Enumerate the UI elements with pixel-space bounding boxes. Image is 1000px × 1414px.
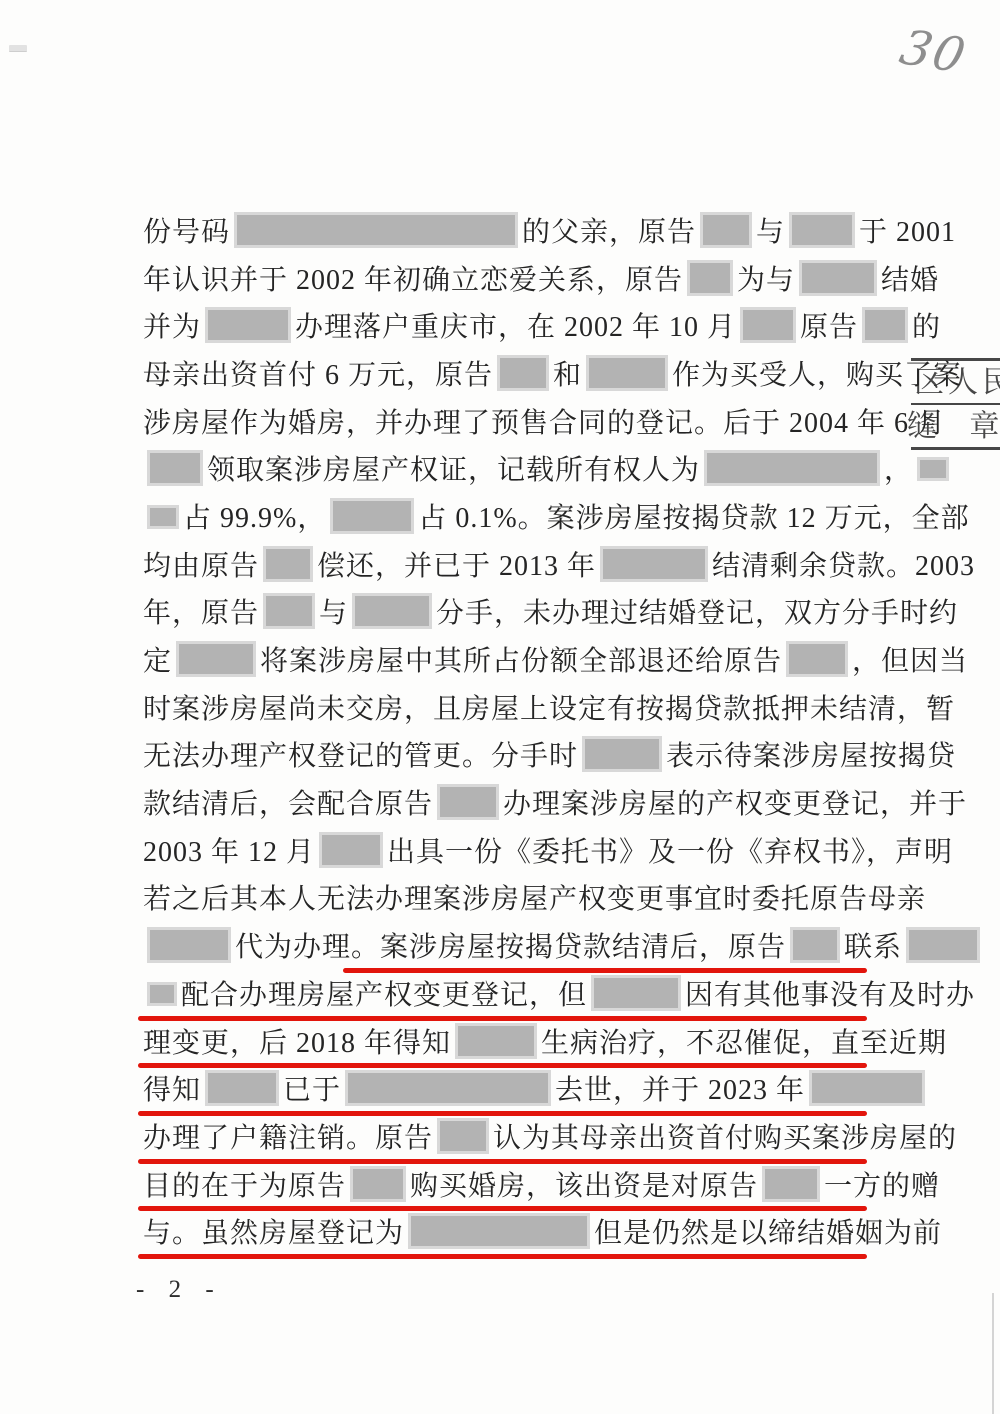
text-segment: 均由原告 (143, 544, 259, 584)
red-underline (138, 1016, 867, 1021)
doc-line: 母亲出资首付 6 万元，原告和作为买受人，购买了案 (143, 349, 883, 397)
redaction-box (147, 927, 231, 963)
doc-line: 定将案涉房屋中其所占份额全部退还给原告，但因当 (143, 635, 883, 683)
text-segment: 占 99.9%， (183, 496, 326, 536)
text-segment: 已于 (283, 1068, 341, 1108)
text-segment: 时案涉房屋尚未交房，且房屋上设定有按揭贷款抵押未结清，暂 (143, 687, 955, 727)
doc-line: 若之后其本人无法办理案涉房屋产权变更事宜时委托原告母亲 (143, 874, 883, 922)
text-segment: 联系 (844, 925, 902, 965)
redaction-box (437, 784, 499, 820)
doc-line: 得知已于去世，并于 2023 年 (143, 1064, 883, 1112)
text-segment: 年，原告 (143, 591, 259, 631)
doc-line: 2003 年 12 月出具一份《委托书》及一份《弃权书》，声明 (143, 826, 883, 874)
redaction-box (704, 450, 880, 486)
doc-line: 占 99.9%，占 0.1%。案涉房屋按揭贷款 12 万元，全部 (143, 492, 883, 540)
text-segment: 2003 年 12 月 (143, 830, 315, 870)
red-underline (138, 1111, 867, 1116)
redaction-box (437, 1118, 489, 1154)
redaction-box (319, 832, 383, 868)
redaction-box (906, 927, 980, 963)
redaction-box (809, 1070, 925, 1106)
text-segment: 原告 (800, 305, 858, 345)
doc-line: 年认识并于 2002 年初确立恋爱关系，原告为与结婚 (143, 254, 883, 302)
text-segment: 办理案涉房屋的产权变更登记，并于 (503, 782, 967, 822)
redaction-box (790, 927, 840, 963)
redaction-box (263, 593, 315, 629)
text-segment: 涉房屋作为婚房，并办理了预售合同的登记。后于 2004 年 6 月 (143, 401, 946, 441)
text-segment: 的 (912, 305, 941, 345)
scan-edge-artifact (992, 1293, 994, 1414)
text-segment: 作为买受人，购买了案 (672, 353, 962, 393)
text-segment: 与。虽然房屋登记为 (143, 1211, 404, 1251)
text-segment: 和 (553, 353, 582, 393)
text-segment: 与 (756, 210, 785, 250)
scanned-court-document-page: 30 区人民 缝 章 份号码的父亲，原告与于 2001年认识并于 2002 年初… (0, 0, 1000, 1414)
text-segment: 份号码 (143, 210, 230, 250)
text-segment: 结清剩余贷款。2003 (712, 544, 975, 584)
doc-line: 配合办理房屋产权变更登记，但因有其他事没有及时办 (143, 969, 883, 1017)
text-segment: 配合办理房屋产权变更登记，但 (181, 973, 587, 1013)
text-segment: 出具一份《委托书》及一份《弃权书》，声明 (387, 830, 953, 870)
text-segment: 表示待案涉房屋按揭贷 (666, 734, 956, 774)
redaction-box (789, 212, 855, 248)
text-segment: 款结清后，会配合原告 (143, 782, 433, 822)
text-segment: 认为其母亲出资首付购买案涉房屋的 (493, 1116, 957, 1156)
text-block: 份号码的父亲，原告与于 2001年认识并于 2002 年初确立恋爱关系，原告为与… (143, 206, 883, 1255)
text-segment: 得知 (143, 1068, 201, 1108)
text-segment: 的父亲，原告 (522, 210, 696, 250)
text-segment: 并为 (143, 305, 201, 345)
text-segment: 领取案涉房屋产权证，记载所有权人为 (207, 448, 700, 488)
doc-line: 时案涉房屋尚未交房，且房屋上设定有按揭贷款抵押未结清，暂 (143, 683, 883, 731)
doc-line: 代为办理。案涉房屋按揭贷款结清后，原告联系 (143, 921, 883, 969)
doc-line: 无法办理产权登记的管更。分手时表示待案涉房屋按揭贷 (143, 731, 883, 779)
doc-line: 并为办理落户重庆市，在 2002 年 10 月原告的 (143, 301, 883, 349)
redaction-box (205, 307, 291, 343)
redaction-box (147, 505, 179, 529)
red-underline (138, 1159, 867, 1164)
text-segment: 母亲出资首付 6 万元，原告 (143, 353, 493, 393)
doc-line: 与。虽然房屋登记为但是仍然是以缔结婚姻为前 (143, 1207, 883, 1255)
text-segment: 一方的赠 (824, 1164, 940, 1204)
redaction-box (176, 641, 256, 677)
text-segment: 无法办理产权登记的管更。分手时 (143, 734, 578, 774)
redaction-box (147, 982, 177, 1006)
red-underline (138, 1063, 867, 1068)
text-segment: 办理了户籍注销。原告 (143, 1116, 433, 1156)
redaction-box (582, 736, 662, 772)
doc-line: 领取案涉房屋产权证，记载所有权人为， (143, 444, 883, 492)
doc-line: 份号码的父亲，原告与于 2001 (143, 206, 883, 254)
text-segment: 目的在于为原告 (143, 1164, 346, 1204)
redaction-box (330, 498, 414, 534)
redaction-box (740, 307, 796, 343)
text-segment: 若之后其本人无法办理案涉房屋产权变更事宜时委托原告母亲 (143, 877, 926, 917)
redaction-box (455, 1023, 537, 1059)
redaction-box (700, 212, 752, 248)
doc-line: 年，原告与分手，未办理过结婚登记，双方分手时约 (143, 588, 883, 636)
text-segment: 与 (319, 591, 348, 631)
text-segment: 分手，未办理过结婚登记，双方分手时约 (436, 591, 958, 631)
redaction-box (147, 450, 203, 486)
text-segment: 因有其他事没有及时办 (685, 973, 975, 1013)
page-number: - 2 - (136, 1276, 223, 1304)
text-segment: 年认识并于 2002 年初确立恋爱关系，原告 (143, 258, 683, 298)
redaction-box (350, 1166, 406, 1202)
doc-line: 办理了户籍注销。原告认为其母亲出资首付购买案涉房屋的 (143, 1112, 883, 1160)
redaction-box (205, 1070, 279, 1106)
doc-line: 均由原告偿还，并已于 2013 年结清剩余贷款。2003 (143, 540, 883, 588)
doc-line: 理变更，后 2018 年得知生病治疗，不忍催促，直至近期 (143, 1017, 883, 1065)
redaction-box (408, 1213, 590, 1249)
red-underline (138, 1206, 867, 1211)
text-segment: 定 (143, 639, 172, 679)
redaction-box (352, 593, 432, 629)
text-segment: 购买婚房，该出资是对原告 (410, 1164, 758, 1204)
redaction-box (263, 546, 313, 582)
redaction-box (799, 260, 877, 296)
redaction-box (762, 1166, 820, 1202)
doc-line: 涉房屋作为婚房，并办理了预售合同的登记。后于 2004 年 6 月 (143, 397, 883, 445)
redaction-box (786, 641, 848, 677)
text-segment: 偿还，并已于 2013 年 (317, 544, 596, 584)
text-segment: 办理落户重庆市，在 2002 年 10 月 (295, 305, 736, 345)
text-segment: 理变更，后 2018 年得知 (143, 1021, 451, 1061)
redaction-box (345, 1070, 551, 1106)
redaction-box (497, 355, 549, 391)
text-segment: 结婚 (881, 258, 939, 298)
text-segment: 于 2001 (859, 210, 956, 250)
doc-line: 款结清后，会配合原告办理案涉房屋的产权变更登记，并于 (143, 778, 883, 826)
text-segment: 将案涉房屋中其所占份额全部退还给原告 (260, 639, 782, 679)
text-segment: 生病治疗，不忍催促，直至近期 (541, 1021, 947, 1061)
redaction-box (862, 307, 908, 343)
redaction-box (687, 260, 733, 296)
text-segment: 但是仍然是以缔结婚姻为前 (594, 1211, 942, 1251)
redaction-box (600, 546, 708, 582)
text-segment: 代为办理。案涉房屋按揭贷款结清后，原告 (235, 925, 786, 965)
text-segment: 为与 (737, 258, 795, 298)
doc-line: 目的在于为原告购买婚房，该出资是对原告一方的赠 (143, 1160, 883, 1208)
redaction-box (586, 355, 668, 391)
handwritten-page-number: 30 (895, 20, 973, 85)
redaction-box (591, 975, 681, 1011)
red-underline (343, 968, 867, 973)
text-segment: ， (884, 448, 913, 488)
redaction-box (917, 457, 949, 481)
text-segment: 占 0.1%。案涉房屋按揭贷款 12 万元，全部 (418, 496, 969, 536)
text-segment: ，但因当 (852, 639, 968, 679)
red-underline (138, 1254, 867, 1259)
text-segment: 去世，并于 2023 年 (555, 1068, 805, 1108)
redaction-box (234, 212, 518, 248)
scan-artifact-dash (9, 45, 27, 52)
